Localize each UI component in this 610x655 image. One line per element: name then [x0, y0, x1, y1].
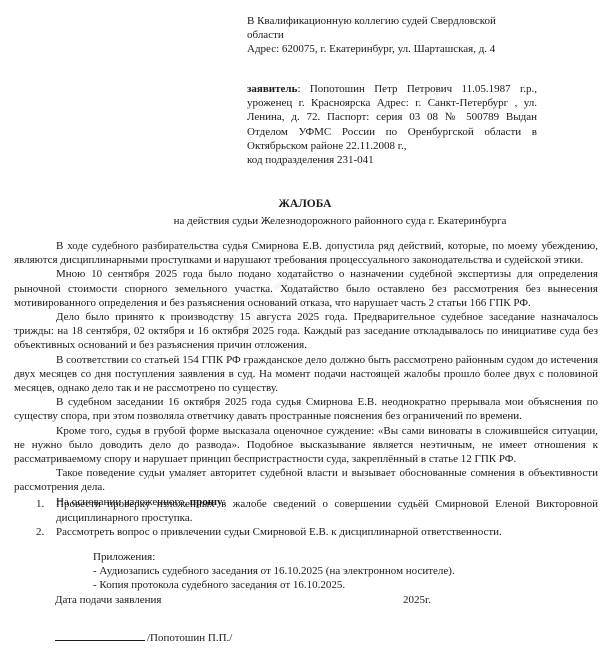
- paragraph: Кроме того, судья в грубой форме высказа…: [14, 424, 598, 467]
- attachment-item: - Копия протокола судебного заседания от…: [93, 578, 455, 592]
- signature-name: /Попотошин П.П./: [147, 632, 232, 644]
- attachment-item: - Аудиозапись судебного заседания от 16.…: [93, 564, 455, 578]
- document-title: ЖАЛОБА: [0, 197, 610, 211]
- attachments-label: Приложения:: [93, 550, 455, 564]
- applicant-division-code: код подразделения 231-041: [247, 153, 537, 167]
- request-text: Провести проверку изложенных в жалобе св…: [56, 498, 598, 524]
- signature-row: /Попотошин П.П./: [55, 629, 232, 645]
- paragraph: В ходе судебного разбирательства судья С…: [14, 239, 598, 267]
- request-number: 2.: [36, 525, 44, 539]
- attachments-list: - Аудиозапись судебного заседания от 16.…: [93, 564, 455, 592]
- request-item: 1.Провести проверку изложенных в жалобе …: [14, 497, 598, 525]
- signature-line: [55, 629, 145, 641]
- paragraph: Дело было принято к производству 15 авгу…: [14, 310, 598, 353]
- addressee-region: области: [247, 28, 537, 42]
- paragraph: Такое поведение судьи умаляет авторитет …: [14, 466, 598, 494]
- complaint-body: В ходе судебного разбирательства судья С…: [14, 239, 598, 509]
- date-year: 2025г.: [403, 593, 431, 607]
- date-label: Дата подачи заявления: [55, 594, 162, 606]
- applicant-details: заявитель: Попотошин Петр Петрович 11.05…: [247, 82, 537, 153]
- attachments-block: Приложения: - Аудиозапись судебного засе…: [93, 550, 455, 593]
- submission-date-row: Дата подачи заявления 2025г.: [55, 593, 475, 607]
- request-text: Рассмотреть вопрос о привлечении судьи С…: [56, 526, 502, 538]
- addressee-address: Адрес: 620075, г. Екатеринбург, ул. Шарт…: [247, 42, 537, 56]
- addressee-name: В Квалификационную коллегию судей Свердл…: [247, 14, 537, 28]
- applicant-label: заявитель: [247, 83, 297, 95]
- paragraph: В соответствии со статьей 154 ГПК РФ гра…: [14, 353, 598, 396]
- addressee-block: В Квалификационную коллегию судей Свердл…: [247, 14, 537, 57]
- request-item: 2.Рассмотреть вопрос о привлечении судьи…: [14, 525, 598, 539]
- applicant-block: заявитель: Попотошин Петр Петрович 11.05…: [247, 82, 537, 167]
- request-number: 1.: [36, 497, 44, 511]
- document-subtitle: на действия судьи Железнодорожного район…: [0, 214, 610, 228]
- paragraph: В судебном заседании 16 октября 2025 год…: [14, 395, 598, 423]
- paragraph: Мною 10 сентября 2025 года было подано х…: [14, 267, 598, 310]
- request-list: 1.Провести проверку изложенных в жалобе …: [14, 497, 598, 540]
